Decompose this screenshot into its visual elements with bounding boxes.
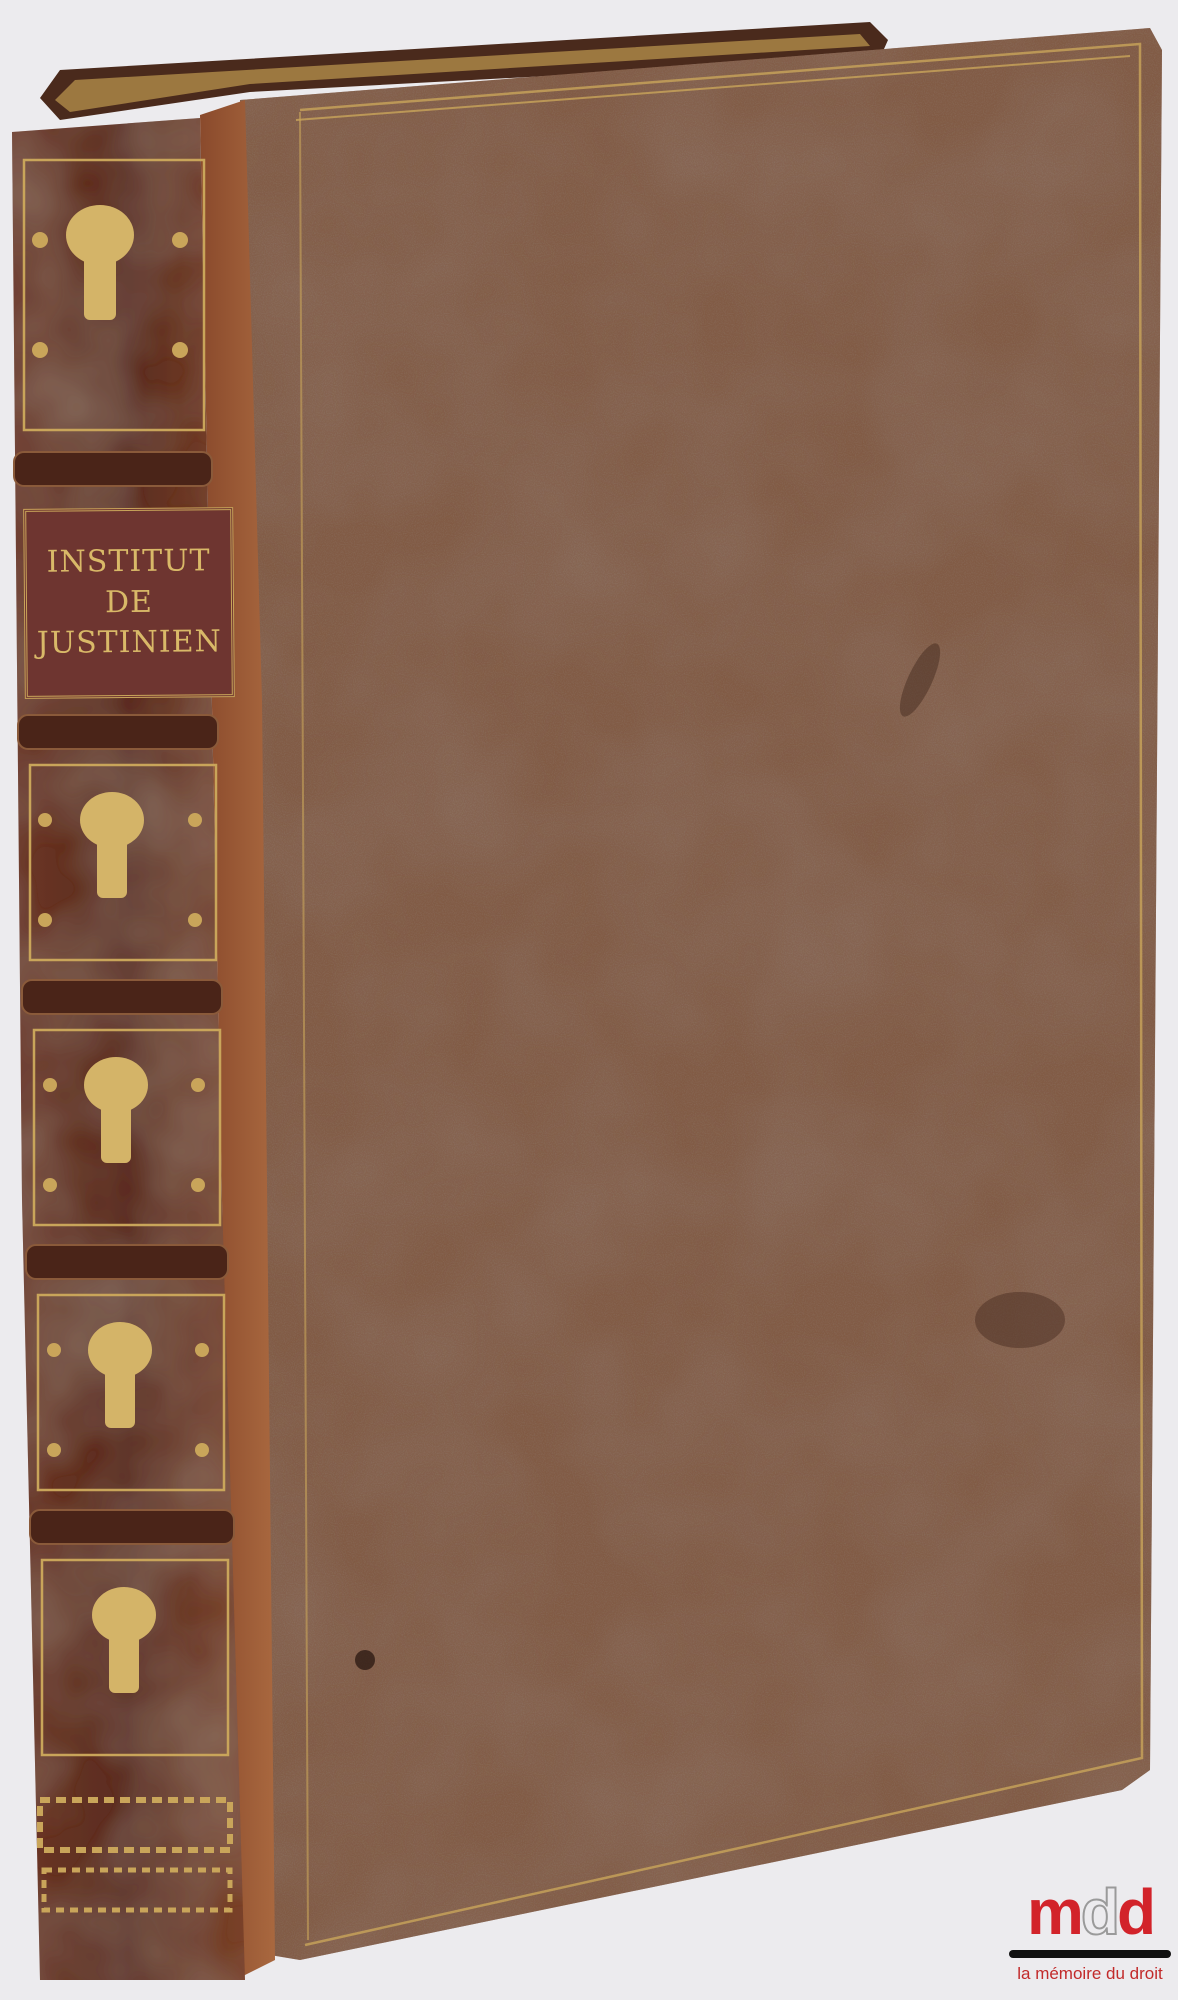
mdd-logo: mdd la mémoire du droit bbox=[1005, 1880, 1175, 1990]
spine-title-line-3: JUSTINIEN bbox=[37, 622, 222, 664]
book-illustration bbox=[0, 0, 1178, 2000]
spine-title-line-1: INSTITUT bbox=[47, 542, 211, 584]
logo-underline bbox=[1009, 1950, 1171, 1958]
logo-tagline: la mémoire du droit bbox=[1005, 1964, 1175, 1984]
logo-letter-m: m bbox=[1027, 1876, 1081, 1948]
logo-mark: mdd bbox=[1005, 1880, 1175, 1944]
book-photo: INSTITUT DE JUSTINIEN bbox=[0, 0, 1178, 2000]
logo-letter-d: d bbox=[1117, 1876, 1153, 1948]
logo-letter-d-outline: d bbox=[1081, 1876, 1117, 1948]
spine-title-label: INSTITUT DE JUSTINIEN bbox=[23, 507, 235, 699]
spine-title-line-2: DE bbox=[105, 583, 153, 624]
